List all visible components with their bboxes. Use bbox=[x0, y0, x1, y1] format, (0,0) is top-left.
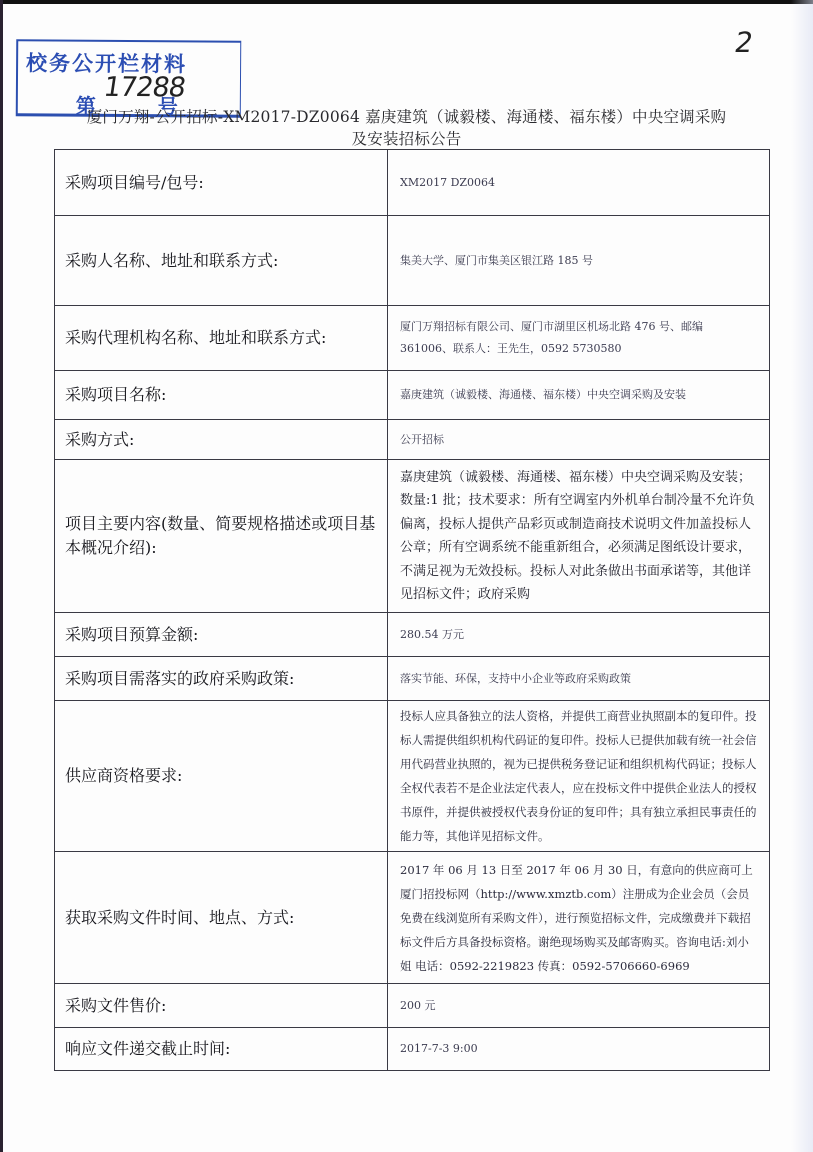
table-row: 响应文件递交截止时间: 2017-7-3 9:00 bbox=[55, 1028, 770, 1071]
row-value: 落实节能、环保，支持中小企业等政府采购政策 bbox=[388, 657, 770, 701]
table-row: 供应商资格要求: 投标人应具备独立的法人资格，并提供工商营业执照副本的复印件。投… bbox=[55, 701, 770, 852]
table-row: 采购项目编号/包号: XM2017 DZ0064 bbox=[55, 150, 770, 216]
row-label: 响应文件递交截止时间: bbox=[55, 1028, 388, 1071]
table-row: 采购人名称、地址和联系方式: 集美大学、厦门市集美区银江路 185 号 bbox=[55, 216, 770, 306]
title-line-2: 及安装招标公告 bbox=[40, 128, 773, 150]
row-value: 2017 年 06 月 13 日至 2017 年 06 月 30 日，有意向的供… bbox=[388, 852, 770, 984]
table-row: 采购代理机构名称、地址和联系方式: 厦门万翔招标有限公司、厦门市湖里区机场北路 … bbox=[55, 306, 770, 371]
row-value: 厦门万翔招标有限公司、厦门市湖里区机场北路 476 号、邮编 361006、联系… bbox=[388, 306, 770, 371]
scan-top-edge bbox=[0, 0, 813, 4]
row-value: 嘉庚建筑（诚毅楼、海通楼、福东楼）中央空调采购及安装 bbox=[388, 371, 770, 420]
table-row: 采购项目预算金额: 280.54 万元 bbox=[55, 613, 770, 657]
document-title: 厦门万翔-公开招标-XM2017-DZ0064 嘉庚建筑（诚毅楼、海通楼、福东楼… bbox=[40, 106, 773, 150]
row-value: 2017-7-3 9:00 bbox=[388, 1028, 770, 1071]
tender-notice-table: 采购项目编号/包号: XM2017 DZ0064 采购人名称、地址和联系方式: … bbox=[54, 149, 770, 1071]
row-label: 采购项目编号/包号: bbox=[55, 150, 388, 216]
row-value: 嘉庚建筑（诚毅楼、海通楼、福东楼）中央空调采购及安装；数量:1 批；技术要求：所… bbox=[388, 460, 770, 613]
table-row: 获取采购文件时间、地点、方式: 2017 年 06 月 13 日至 2017 年… bbox=[55, 852, 770, 984]
row-label: 项目主要内容(数量、简要规格描述或项目基本概况介绍): bbox=[55, 460, 388, 613]
row-label: 采购代理机构名称、地址和联系方式: bbox=[55, 306, 388, 371]
title-line-1: 厦门万翔-公开招标-XM2017-DZ0064 嘉庚建筑（诚毅楼、海通楼、福东楼… bbox=[40, 106, 773, 128]
row-label: 采购项目名称: bbox=[55, 371, 388, 420]
row-value: XM2017 DZ0064 bbox=[388, 150, 770, 216]
row-value: 集美大学、厦门市集美区银江路 185 号 bbox=[388, 216, 770, 306]
row-label: 采购方式: bbox=[55, 420, 388, 460]
table-row: 采购文件售价: 200 元 bbox=[55, 984, 770, 1028]
row-value: 公开招标 bbox=[388, 420, 770, 460]
row-label: 供应商资格要求: bbox=[55, 701, 388, 852]
row-value: 200 元 bbox=[388, 984, 770, 1028]
row-label: 获取采购文件时间、地点、方式: bbox=[55, 852, 388, 984]
row-label: 采购文件售价: bbox=[55, 984, 388, 1028]
handwritten-page-number: 2 bbox=[732, 26, 756, 59]
row-value: 投标人应具备独立的法人资格，并提供工商营业执照副本的复印件。投标人需提供组织机构… bbox=[388, 701, 770, 852]
scan-right-shadow bbox=[791, 0, 813, 1152]
table-row: 采购项目名称: 嘉庚建筑（诚毅楼、海通楼、福东楼）中央空调采购及安装 bbox=[55, 371, 770, 420]
table-row: 采购方式: 公开招标 bbox=[55, 420, 770, 460]
row-value: 280.54 万元 bbox=[388, 613, 770, 657]
table-row: 采购项目需落实的政府采购政策: 落实节能、环保，支持中小企业等政府采购政策 bbox=[55, 657, 770, 701]
table-row: 项目主要内容(数量、简要规格描述或项目基本概况介绍): 嘉庚建筑（诚毅楼、海通楼… bbox=[55, 460, 770, 613]
row-label: 采购人名称、地址和联系方式: bbox=[55, 216, 388, 306]
row-label: 采购项目预算金额: bbox=[55, 613, 388, 657]
scan-left-edge bbox=[0, 0, 3, 1152]
row-label: 采购项目需落实的政府采购政策: bbox=[55, 657, 388, 701]
